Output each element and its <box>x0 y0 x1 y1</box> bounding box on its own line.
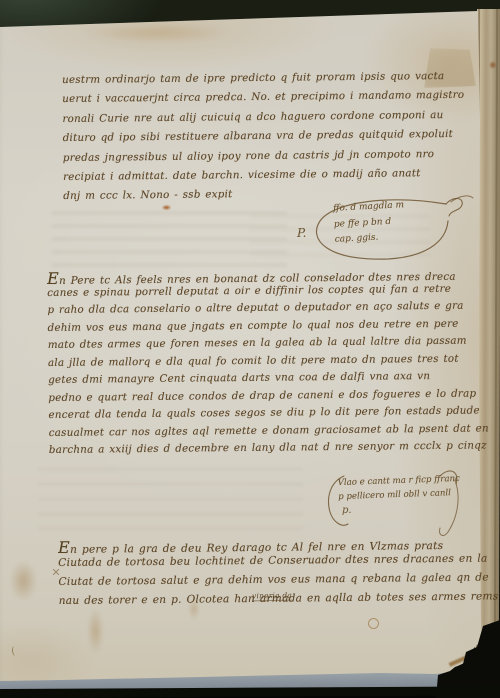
stain <box>10 561 37 601</box>
paragraph-mark: P. <box>297 226 306 240</box>
margin-note-2: Vlao e cantt ma r ficp ffranc p pellicer… <box>338 474 461 506</box>
show-through-writing <box>38 468 303 540</box>
paragraph-3: En pere p la gra de deu Rey darago tc Al… <box>58 533 499 614</box>
photo-frame: uestrm ordinarjo tam de ipre predicto q … <box>0 0 500 698</box>
paragraph-2: En Pere tc Als feels nres en bonanat dz … <box>47 264 489 461</box>
margin-note-1: ffo. d magdla m pe ffe p bn d cap. ggis. <box>333 200 406 250</box>
ring-mark-icon <box>368 618 379 629</box>
background-bottom-band <box>0 686 500 698</box>
edge-stain <box>489 61 497 69</box>
pen-mark-icon <box>11 646 18 657</box>
stain <box>82 24 232 42</box>
paragraph-mark: p. <box>342 505 352 516</box>
interlinear-addition: vineria da <box>252 591 292 602</box>
paragraph-1: uestrm ordinarjo tam de ipre predicto q … <box>62 70 466 210</box>
cross-mark-icon <box>53 569 59 575</box>
stain <box>87 608 104 654</box>
